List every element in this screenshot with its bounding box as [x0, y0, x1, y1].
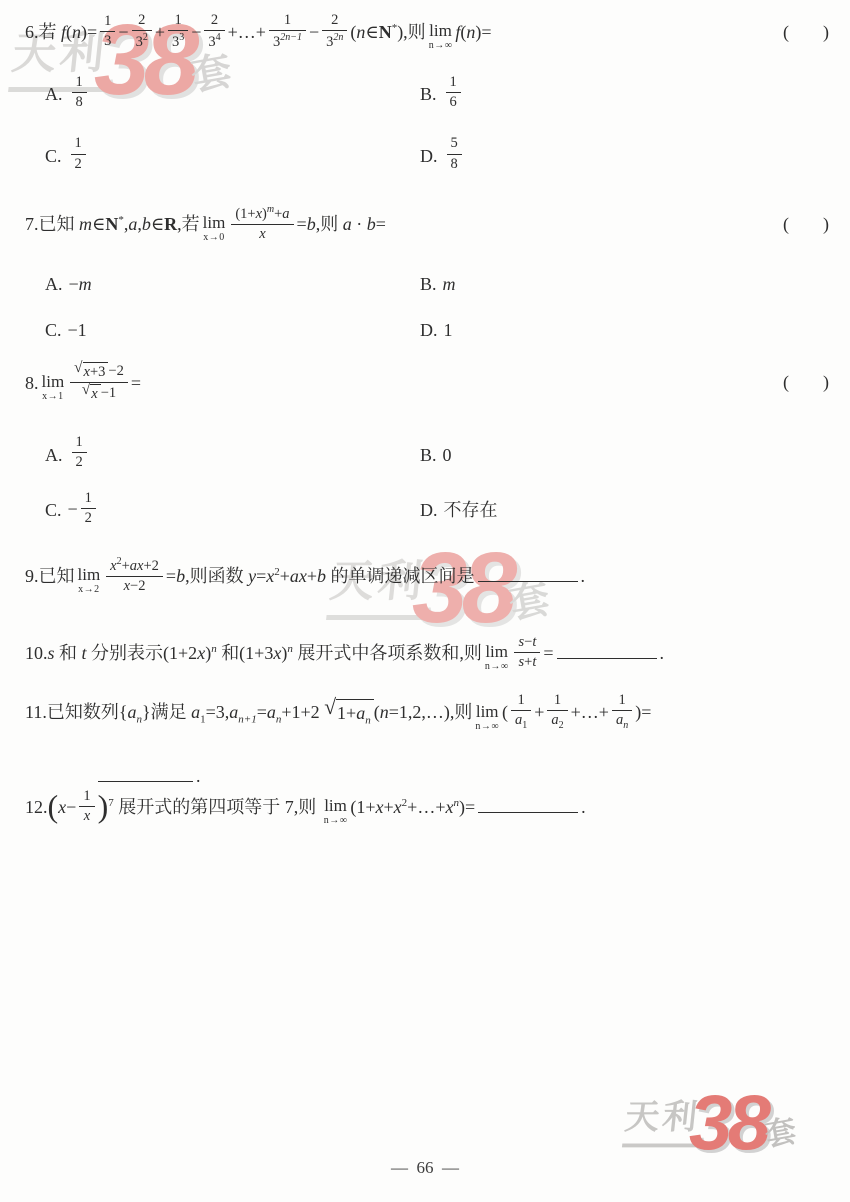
limit-word: lim — [42, 373, 65, 390]
option-label: A. — [45, 272, 63, 296]
math-text: 2 — [331, 12, 338, 28]
limit: limx→1 — [42, 373, 65, 402]
fraction-denominator: x — [231, 225, 293, 243]
fraction-numerator: 1 — [72, 74, 87, 93]
fraction-denominator: 32n — [322, 31, 347, 51]
math-text: ( — [502, 702, 508, 722]
fraction-denominator: 8 — [72, 93, 87, 111]
question-11-formula: 11.已知数列{an}满足 a1=3,an+1=an+1+2 √1+an(n=1… — [25, 702, 651, 722]
math-text: 8. — [25, 373, 39, 393]
question-11-stem: 11.已知数列{an}满足 a1=3,an+1=an+1+2 √1+an(n=1… — [25, 692, 832, 736]
option-label: A. — [45, 443, 63, 467]
option-c: C. −12 — [45, 490, 420, 532]
math-text: + — [280, 566, 290, 586]
math-text: 3 — [104, 33, 111, 49]
question-7-stem: 7.已知 m∈N*,a,b∈R,若limx→0(1+x)m+ax=b,则 a ·… — [25, 204, 832, 248]
radical-sign: √ — [324, 697, 336, 719]
math-variable: ax — [290, 566, 307, 586]
math-variable: ax — [130, 558, 144, 574]
math-text: 11.已知数列{ — [25, 702, 127, 722]
option-label: B. — [420, 443, 437, 467]
fraction-denominator: 3 — [100, 32, 115, 50]
fraction-denominator: s+t — [514, 653, 540, 671]
option-b: B. m — [420, 272, 832, 296]
math-text: 不存在 — [444, 500, 498, 520]
limit: limx→0 — [203, 214, 226, 243]
math-text: 6.若 — [25, 22, 61, 42]
math-text: − — [66, 797, 76, 817]
math-text: )= — [459, 797, 475, 817]
question-10: 10.s 和 t 分别表示(1+2x)n 和(1+3x)n 展开式中各项系数和,… — [25, 634, 832, 676]
math-text: 1 — [83, 788, 90, 804]
fraction-denominator: 32n−1 — [269, 31, 306, 51]
math-variable: x — [197, 643, 205, 663]
fraction-numerator: 1 — [511, 692, 531, 711]
option-value: 12 — [68, 135, 89, 177]
math-variable: t — [532, 634, 536, 650]
option-value: 12 — [69, 434, 90, 476]
math-text: 1 — [76, 74, 83, 90]
math-text: − — [309, 22, 319, 42]
question-8-stem: 8.limx→1√x+3−2√x−1= ( ) — [25, 362, 832, 408]
limit-subscript: n→∞ — [475, 722, 499, 732]
math-text: = — [376, 214, 386, 234]
math-text: ∈ — [151, 214, 164, 234]
math-text: +…+ — [571, 702, 609, 722]
math-text: −2 — [108, 363, 123, 379]
math-variable: n — [380, 702, 389, 722]
big-paren: ( — [48, 788, 59, 824]
fraction: 132n−1 — [269, 12, 306, 52]
fraction-denominator: a1 — [511, 711, 531, 732]
math-variable: n — [356, 22, 365, 42]
math-text: +2 — [143, 558, 158, 574]
option-a: A. −m — [45, 272, 420, 296]
limit-word: lim — [429, 22, 453, 39]
math-text: − — [118, 22, 128, 42]
fraction-denominator: a2 — [547, 711, 567, 732]
math-variable: n — [466, 22, 475, 42]
math-text: 1 — [618, 692, 625, 708]
limit-word: lim — [78, 566, 101, 583]
math-text: −1 — [68, 320, 87, 340]
option-value: −1 — [68, 318, 87, 342]
math-text: −2 — [130, 578, 145, 594]
math-variable: x — [91, 386, 97, 402]
option-value: −m — [69, 272, 92, 296]
math-variable: b — [317, 566, 326, 586]
math-text: 1 — [450, 74, 457, 90]
fraction: 133 — [168, 12, 188, 52]
fraction: s−ts+t — [514, 634, 540, 672]
math-text: 1+ — [337, 703, 356, 723]
math-bold-set: N — [105, 214, 118, 234]
option-label: C. — [45, 144, 62, 168]
option-label: D. — [420, 144, 438, 168]
question-7: 7.已知 m∈N*,a,b∈R,若limx→0(1+x)m+ax=b,则 a ·… — [25, 204, 832, 342]
question-9-formula: 9.已知limx→2x2+ax+2x−2=b,则函数 y=x2+ax+b 的单调… — [25, 566, 585, 586]
math-text: = — [256, 566, 266, 586]
fraction: 16 — [446, 74, 461, 112]
math-variable: x — [84, 808, 90, 824]
superscript: 2n−1 — [280, 32, 302, 43]
option-value: 18 — [69, 74, 90, 116]
fraction-denominator: 6 — [446, 93, 461, 111]
limit-word: lim — [324, 797, 348, 814]
fraction: 13 — [100, 13, 115, 51]
answer-parentheses: ( ) — [783, 20, 830, 44]
math-text: = — [257, 702, 267, 722]
math-variable: b — [142, 214, 151, 234]
watermark-brand-right: 套 — [761, 1106, 799, 1155]
math-text: = — [297, 214, 307, 234]
question-11-answer-line: . — [25, 764, 832, 788]
fraction: 234 — [204, 12, 224, 52]
fraction-denominator: 2 — [81, 509, 96, 527]
superscript: 2n — [333, 32, 343, 43]
fraction: 12 — [81, 490, 96, 528]
fraction-denominator: 34 — [204, 31, 224, 51]
fraction-numerator: 1 — [547, 692, 567, 711]
math-variable: a — [282, 206, 289, 222]
math-text: +3 — [90, 364, 105, 380]
math-variable: x — [394, 797, 402, 817]
math-text: )= — [81, 22, 97, 42]
fraction: 1an — [612, 692, 632, 732]
watermark-bottom-right-logo: 天利 38 套 — [625, 1085, 796, 1151]
option-label: D. — [420, 318, 438, 342]
question-11-blank: . — [95, 766, 201, 786]
option-d: D. 1 — [420, 318, 832, 342]
math-text: +1+2 — [281, 702, 324, 722]
math-variable: m — [79, 214, 92, 234]
subscript: n — [365, 715, 371, 727]
subscript: n — [623, 720, 628, 731]
math-text: =3, — [206, 702, 230, 722]
radicand: 1+an — [336, 699, 374, 728]
math-text: 1 — [85, 490, 92, 506]
math-text: = — [166, 566, 176, 586]
fraction: 58 — [447, 135, 462, 173]
fraction: 1a1 — [511, 692, 531, 732]
math-text: + — [155, 22, 165, 42]
superscript: 4 — [216, 32, 221, 43]
answer-parentheses: ( ) — [783, 212, 830, 236]
math-text: 5 — [451, 135, 458, 151]
math-text: 1 — [444, 320, 453, 340]
question-6-formula: 6.若 f(n)=13−232+133−234+…+132n−1−232n(n∈… — [25, 22, 492, 42]
math-text: 2 — [211, 12, 218, 28]
radical-sign: √ — [82, 382, 90, 397]
question-8-options: A. 12 B. 0 C. −12 D. 不存在 — [25, 434, 832, 532]
answer-blank — [557, 644, 657, 659]
math-variable: a — [128, 214, 137, 234]
subscript: 1 — [522, 720, 527, 731]
math-text: 8 — [451, 156, 458, 172]
limit-subscript: n→∞ — [324, 816, 348, 826]
option-value: −12 — [68, 490, 99, 532]
option-c: C. 12 — [45, 135, 420, 177]
fraction-denominator: √x−1 — [70, 383, 128, 403]
math-text: (1+ — [235, 206, 255, 222]
question-8-formula: 8.limx→1√x+3−2√x−1= — [25, 373, 141, 393]
fraction: 12 — [71, 135, 86, 173]
fraction-numerator: 1 — [446, 74, 461, 93]
math-variable: a — [343, 214, 352, 234]
fraction: 1x — [79, 788, 94, 826]
math-text: 展开式中各项系数和,则 — [293, 643, 482, 663]
math-text: 1 — [518, 692, 525, 708]
math-variable: a — [356, 703, 365, 723]
fraction-denominator: 33 — [168, 31, 188, 51]
answer-blank — [98, 767, 193, 782]
math-text: 1 — [554, 692, 561, 708]
math-variable: t — [532, 654, 536, 670]
subscript: 2 — [559, 720, 564, 731]
superscript: 2 — [143, 32, 148, 43]
math-variable: a — [267, 702, 276, 722]
math-text: = — [131, 373, 141, 393]
fraction-numerator: √x+3−2 — [70, 362, 128, 383]
math-text: . — [196, 766, 201, 786]
math-text: − — [191, 22, 201, 42]
fraction-numerator: (1+x)m+a — [231, 204, 293, 225]
question-7-options: A. −m B. m C. −1 D. 1 — [25, 272, 832, 343]
math-text: ),则 — [397, 22, 426, 42]
math-variable: x — [259, 226, 265, 242]
option-b: B. 0 — [420, 443, 832, 467]
math-text: =1,2,…),则 — [389, 702, 473, 722]
fraction: 232 — [132, 12, 152, 52]
option-value: 0 — [443, 443, 452, 467]
math-text: 2 — [76, 454, 83, 470]
math-text: + — [307, 566, 317, 586]
limit: limn→∞ — [475, 703, 499, 732]
limit: limx→2 — [78, 566, 101, 595]
math-text: )= — [635, 702, 651, 722]
limit-subscript: x→0 — [203, 233, 226, 243]
math-text: −1 — [101, 385, 116, 401]
math-text: ,若 — [177, 214, 200, 234]
limit-subscript: x→1 — [42, 392, 65, 402]
math-bold-set: N — [379, 22, 392, 42]
question-8: 8.limx→1√x+3−2√x−1= ( ) A. 12 B. 0 C. −1… — [25, 362, 832, 531]
question-7-formula: 7.已知 m∈N*,a,b∈R,若limx→0(1+x)m+ax=b,则 a ·… — [25, 214, 386, 234]
limit: limn→∞ — [429, 22, 453, 51]
fraction: 18 — [72, 74, 87, 112]
math-text: · — [352, 214, 367, 234]
math-variable: x — [58, 797, 66, 817]
math-text: 1 — [284, 12, 291, 28]
fraction-numerator: 1 — [81, 490, 96, 509]
math-text: 1 — [75, 135, 82, 151]
option-value: 58 — [444, 135, 465, 177]
big-paren: ) — [98, 788, 109, 824]
option-label: C. — [45, 318, 62, 342]
option-a: A. 18 — [45, 74, 420, 116]
math-text: ∈ — [365, 22, 378, 42]
math-variable: m — [443, 274, 456, 294]
math-text: 的单调递减区间是 — [326, 566, 475, 586]
radicand: x+3 — [83, 362, 109, 381]
limit-word: lim — [475, 703, 499, 720]
fraction-numerator: 1 — [79, 788, 94, 807]
question-12-stem: 12.(x−1x)7 展开式的第四项等于 7,则 limn→∞(1+x+x2+…… — [25, 788, 832, 830]
limit: limn→∞ — [324, 797, 348, 826]
watermark-brand-left: 天利 — [622, 1089, 703, 1148]
option-label: C. — [45, 498, 62, 522]
question-9-stem: 9.已知limx→2x2+ax+2x−2=b,则函数 y=x2+ax+b 的单调… — [25, 556, 832, 600]
math-text: ,则函数 — [185, 566, 248, 586]
math-variable: b — [176, 566, 185, 586]
math-text: . — [660, 643, 665, 663]
fraction-numerator: 1 — [612, 692, 632, 711]
question-12: 12.(x−1x)7 展开式的第四项等于 7,则 limn→∞(1+x+x2+…… — [25, 788, 832, 830]
fraction: (1+x)m+ax — [231, 204, 293, 244]
math-text: 9.已知 — [25, 566, 75, 586]
option-d: D. 58 — [420, 135, 832, 177]
math-bold-set: R — [164, 214, 177, 234]
fraction-denominator: 8 — [447, 155, 462, 173]
math-text: 10. — [25, 643, 48, 663]
fraction-numerator: s−t — [514, 634, 540, 653]
math-text: + — [384, 797, 394, 817]
math-text: . — [581, 797, 586, 817]
math-text: }满足 — [142, 702, 191, 722]
math-variable: b — [367, 214, 376, 234]
math-text: 1 — [174, 12, 181, 28]
question-11: 11.已知数列{an}满足 a1=3,an+1=an+1+2 √1+an(n=1… — [25, 692, 832, 789]
answer-blank — [478, 567, 578, 582]
math-text: 2 — [138, 12, 145, 28]
option-a: A. 12 — [45, 434, 420, 476]
fraction-denominator: x — [79, 807, 94, 825]
math-variable: y — [248, 566, 256, 586]
math-text: . — [581, 566, 586, 586]
fraction-numerator: 1 — [269, 12, 306, 31]
fraction: √x+3−2√x−1 — [70, 362, 128, 404]
math-text: − — [69, 274, 79, 294]
subscript: n+1 — [238, 714, 256, 726]
math-text: 2 — [85, 510, 92, 526]
superscript: 3 — [179, 32, 184, 43]
fraction-numerator: 1 — [72, 434, 87, 453]
math-text: 1 — [76, 434, 83, 450]
radical-sign: √ — [74, 360, 82, 375]
fraction-numerator: 1 — [168, 12, 188, 31]
answer-parentheses: ( ) — [783, 370, 830, 394]
option-label: D. — [420, 498, 438, 522]
question-12-formula: 12.(x−1x)7 展开式的第四项等于 7,则 limn→∞(1+x+x2+…… — [25, 797, 586, 817]
math-text: 6 — [450, 94, 457, 110]
question-10-formula: 10.s 和 t 分别表示(1+2x)n 和(1+3x)n 展开式中各项系数和,… — [25, 643, 664, 663]
fraction-denominator: 2 — [71, 155, 86, 173]
math-variable: n — [72, 22, 81, 42]
question-6-options: A. 18 B. 16 C. 12 D. 58 — [25, 74, 832, 178]
fraction-numerator: 1 — [71, 135, 86, 154]
fraction-denominator: 32 — [132, 31, 152, 51]
fraction-numerator: 5 — [447, 135, 462, 154]
fraction-numerator: x2+ax+2 — [106, 556, 163, 577]
exam-page: 天利 38 套 天利 38 套 天利 38 套 6.若 f(n)=13−232+… — [0, 0, 850, 1202]
math-text: (1+ — [350, 797, 375, 817]
math-text: 分别表示(1+2 — [87, 643, 198, 663]
fraction: 232n — [322, 12, 347, 52]
page-number: — 66 — — [0, 1158, 850, 1178]
option-c: C. −1 — [45, 318, 420, 342]
limit-subscript: x→2 — [78, 585, 101, 595]
math-text: 和 — [55, 643, 82, 663]
math-text: + — [122, 558, 130, 574]
fraction: x2+ax+2x−2 — [106, 556, 163, 596]
answer-blank — [478, 798, 578, 813]
radical: √x+3 — [74, 362, 108, 381]
math-variable: b — [307, 214, 316, 234]
fraction-denominator: 2 — [72, 453, 87, 471]
option-value: 16 — [443, 74, 464, 116]
fraction-denominator: an — [612, 711, 632, 732]
watermark-brand-number: 38 — [689, 1090, 766, 1156]
math-text: 3 — [136, 34, 143, 50]
math-text: + — [534, 702, 544, 722]
limit-word: lim — [485, 643, 509, 660]
fraction-numerator: 1 — [100, 13, 115, 32]
math-variable: x — [376, 797, 384, 817]
radical: √1+an — [324, 699, 374, 728]
limit: limn→∞ — [485, 643, 509, 672]
fraction: 12 — [72, 434, 87, 472]
limit-subscript: n→∞ — [429, 41, 453, 51]
option-label: B. — [420, 272, 437, 296]
fraction-numerator: 2 — [204, 12, 224, 31]
option-value: m — [443, 272, 456, 296]
math-text: ,则 — [316, 214, 343, 234]
option-value: 不存在 — [444, 498, 498, 522]
question-10-stem: 10.s 和 t 分别表示(1+2x)n 和(1+3x)n 展开式中各项系数和,… — [25, 634, 832, 676]
math-text: 2 — [75, 156, 82, 172]
radical: √x — [82, 384, 101, 403]
fraction-numerator: 2 — [322, 12, 347, 31]
math-variable: a — [229, 702, 238, 722]
fraction: 1a2 — [547, 692, 567, 732]
limit-subscript: n→∞ — [485, 662, 509, 672]
option-label: B. — [420, 82, 437, 106]
math-variable: a — [191, 702, 200, 722]
math-text: +…+ — [407, 797, 445, 817]
math-variable: m — [79, 274, 92, 294]
math-text: 和(1+3 — [217, 643, 274, 663]
question-6-stem: 6.若 f(n)=13−232+133−234+…+132n−1−232n(n∈… — [25, 12, 832, 56]
math-text: 3 — [208, 34, 215, 50]
math-text: − — [68, 499, 78, 519]
question-6: 6.若 f(n)=13−232+133−234+…+132n−1−232n(n∈… — [25, 12, 832, 177]
math-text: 展开式的第四项等于 7,则 — [114, 797, 321, 817]
math-text: )= — [475, 22, 491, 42]
question-9: 9.已知limx→2x2+ax+2x−2=b,则函数 y=x2+ax+b 的单调… — [25, 556, 832, 600]
math-text: = — [543, 643, 553, 663]
radicand: x — [90, 384, 100, 403]
fraction-numerator: 2 — [132, 12, 152, 31]
option-label: A. — [45, 82, 63, 106]
math-variable: s — [48, 643, 55, 663]
limit-word: lim — [203, 214, 226, 231]
math-text: ∈ — [92, 214, 105, 234]
math-text: +…+ — [228, 22, 266, 42]
option-value: 1 — [444, 318, 453, 342]
math-text: 0 — [443, 445, 452, 465]
math-variable: a — [551, 712, 558, 728]
option-b: B. 16 — [420, 74, 832, 116]
